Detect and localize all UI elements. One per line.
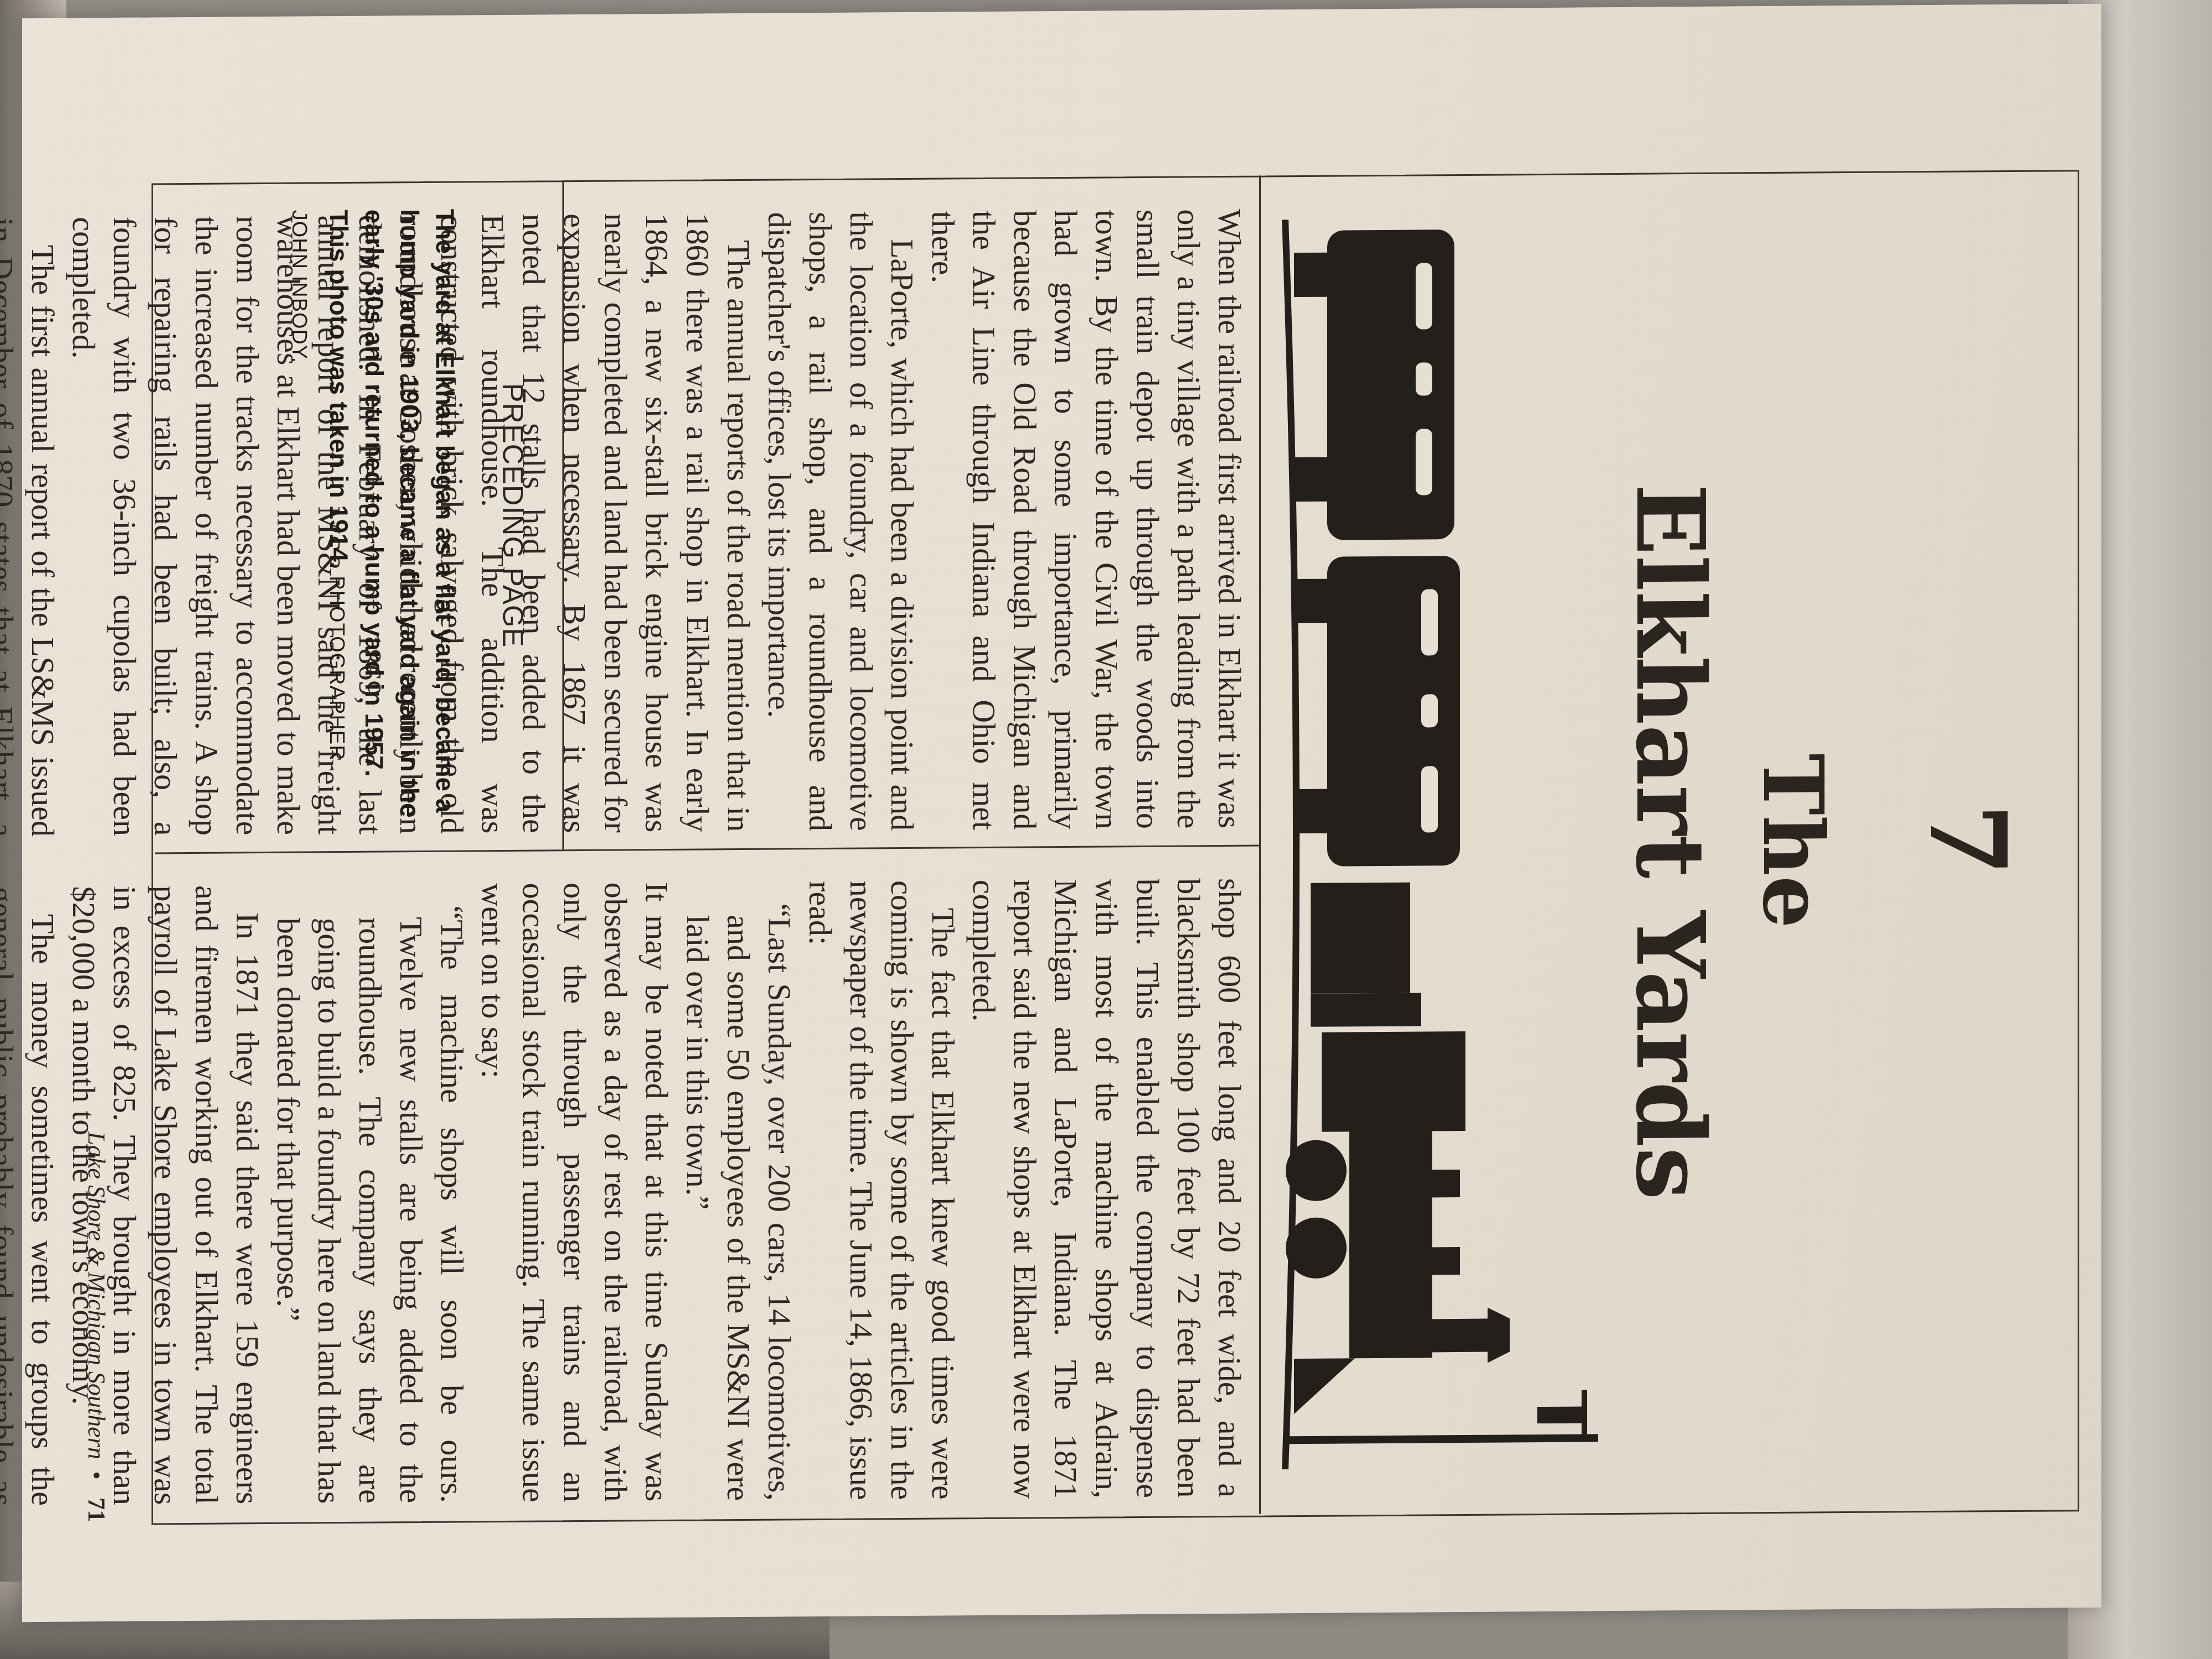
page-footer: Lake Shore & Michigan Southern • 71 (82, 184, 111, 1522)
paragraph: When the railroad first arrived in Elkha… (922, 209, 1250, 831)
paragraph: The money sometimes went to groups the g… (0, 886, 63, 1507)
book-page: 7 The Elkhart Yards (22, 4, 2101, 1622)
quotation: “Last Sunday, over 200 cars, 14 locomoti… (677, 881, 800, 1501)
page-number: 71 (83, 1498, 110, 1522)
paragraph: The first annual report of the LS&MS iss… (0, 217, 63, 838)
chapter-number: 7 (1906, 170, 2030, 1510)
paragraph: shop 600 feet long and 20 feet wide, and… (963, 878, 1250, 1500)
page-content-rotated: 7 The Elkhart Yards (111, 170, 2079, 1511)
caption-text-block: The yard at Elkhart began as a flat yard… (281, 209, 463, 824)
paragraph: It may be noted that at this time Sunday… (472, 882, 677, 1503)
paragraph: LaPorte, which had been a division point… (759, 211, 922, 832)
running-title: Lake Shore & Michigan Southern (83, 1131, 110, 1459)
chapter-title-line-2: Elkhart Yards (1615, 173, 1725, 1511)
bullet-separator: • (83, 1471, 110, 1480)
chapter-title-area: 7 The Elkhart Yards (1259, 170, 2079, 1514)
caption-heading: PRECEDING PAGE (496, 181, 529, 850)
body-column-right: shop 600 feet long and 20 feet wide, and… (166, 878, 1250, 1505)
train-silhouette-icon (1277, 217, 1620, 1469)
photo-caption-box: PRECEDING PAGE The yard at Elkhart began… (153, 180, 564, 852)
quotation: “The machine shops will soon be ours. Tw… (268, 883, 472, 1504)
chapter-title-line-1: The (1744, 171, 1841, 1510)
paragraph: The fact that Elkhart knew good times we… (800, 880, 963, 1500)
